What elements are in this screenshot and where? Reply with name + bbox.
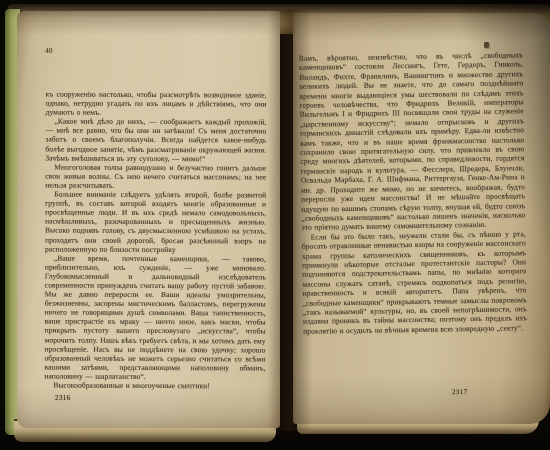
book-photo: 40 къ сооруженію настолько, чтобы разсмо… [0, 0, 550, 450]
paragraph: Высокообразованные и многоученые скептик… [44, 381, 265, 391]
paragraph: Вамъ, вѣроятно, неизвѣстно, что въ числѣ… [299, 50, 526, 232]
left-page-number: 40 [45, 46, 53, 55]
paragraph: Многоголовая толпа равнодушно и безучаст… [45, 162, 266, 190]
right-page-number-remnant [484, 42, 489, 48]
right-page-text: Вамъ, вѣроятно, неизвѣстно, что въ числѣ… [299, 50, 527, 336]
right-stamp-number: 2317 [452, 388, 468, 396]
paragraph: Если бы это было такъ, неужели стали бы,… [302, 229, 528, 336]
paragraph: Большее вниманіе слѣдуетъ удѣлять второй… [45, 190, 266, 255]
paragraph: „Какое мнѣ дѣло до нихъ, — соображаетъ к… [45, 117, 266, 163]
paragraph: къ сооруженію настолько, чтобы разсмотрѣ… [46, 90, 267, 118]
paragraph: „Ваше время, почтенные каменщики, — тако… [44, 253, 266, 381]
left-page-text: къ сооруженію настолько, чтобы разсмотрѣ… [44, 90, 266, 391]
left-stamp-number: 2316 [55, 394, 71, 402]
